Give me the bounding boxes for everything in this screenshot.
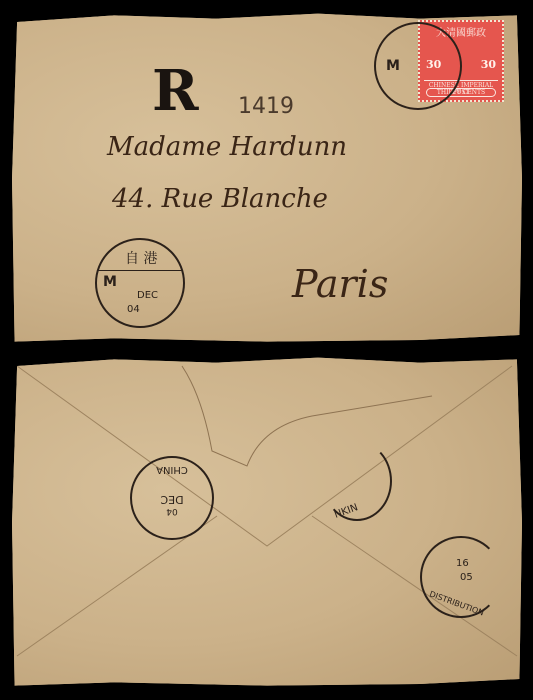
postmark-date: 16 (456, 558, 469, 569)
registration-number: 1419 (238, 94, 294, 119)
envelope-flap-lines (12, 356, 522, 689)
postmark-origin: 自 港 M DEC 04 (95, 238, 185, 328)
envelope-front: R 1419 Madame Hardunn 44. Rue Blanche Pa… (12, 12, 522, 345)
envelope-back: CHINA DEC 04 NKIN 16 05 DISTRIBUTION (12, 356, 522, 689)
stamp-value-right: 30 (481, 58, 496, 71)
address-line-2: 44. Rue Blanche (112, 184, 328, 214)
postmark-chinese-text: 自 港 (125, 248, 157, 268)
postmark-transit: NKIN (322, 441, 392, 521)
postmark-mid-text: M (103, 274, 117, 290)
postmark-paris-distribution: 16 05 DISTRIBUTION (420, 536, 502, 618)
postmark-year: 05 (460, 572, 473, 583)
postmark-year: 04 (127, 304, 140, 315)
postmark-text: CHINA (132, 464, 212, 475)
registration-mark: R (152, 58, 199, 124)
postmark-year: 04 (132, 506, 212, 516)
postmark-month: DEC (132, 493, 212, 506)
address-line-1: Madame Hardunn (107, 132, 347, 162)
postmark-china-transit: CHINA DEC 04 (130, 456, 214, 540)
postmark-text: NKIN (333, 502, 360, 521)
postmark-text: M (386, 58, 400, 74)
postmark-stamp-cancel: M (374, 22, 462, 110)
address-line-3: Paris (292, 262, 388, 306)
postmark-month: DEC (137, 290, 158, 301)
